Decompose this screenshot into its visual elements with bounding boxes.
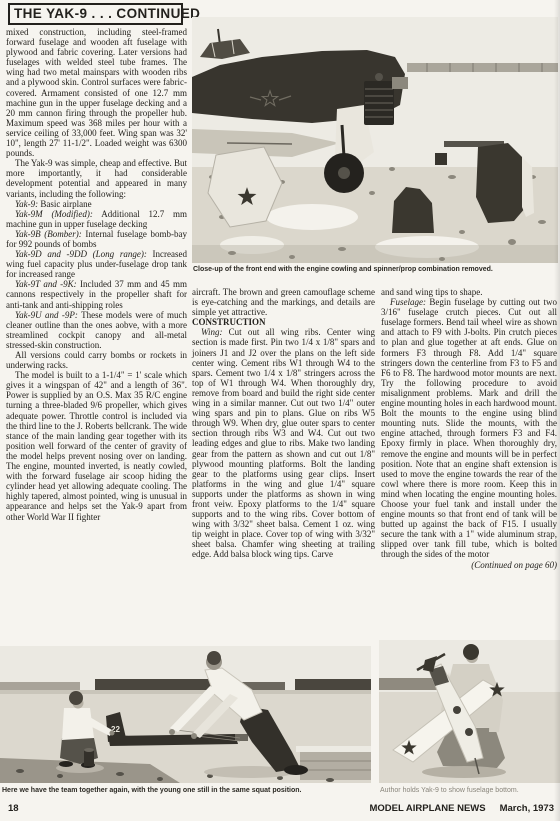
- paragraph: aircraft. The brown and green camouflage…: [192, 287, 375, 317]
- bottom-left-caption: Here we have the team together again, wi…: [2, 787, 372, 796]
- child-head: [69, 691, 83, 705]
- magazine-page: THE YAK-9 . . . CONTINUED mixed construc…: [0, 0, 560, 821]
- variant-item: Yak-9B (Bomber): Internal fuselage bomb-…: [6, 229, 187, 249]
- top-photo-caption: Close-up of the front end with the engin…: [193, 266, 557, 275]
- page-title: THE YAK-9 . . . CONTINUED: [8, 3, 183, 25]
- photo-team-on-field: 22: [0, 646, 371, 783]
- removed-cowling: [476, 143, 526, 223]
- photo-author-with-plane: [379, 640, 560, 783]
- exhaust-pipe: [407, 63, 558, 72]
- middle-column: aircraft. The brown and green camouflage…: [192, 287, 375, 560]
- paragraph: and sand wing tips to shape.: [381, 287, 557, 297]
- paragraph: The model is built to a 1-1/4" = 1' scal…: [6, 370, 187, 521]
- variant-item: Yak-9D and -9DD (Long range): Increased …: [6, 249, 187, 279]
- variant-item: Yak-9U and -9P: These models were of muc…: [6, 310, 187, 350]
- magazine-footer: MODEL AIRPLANE NEWSMarch, 1973: [369, 803, 554, 814]
- treeline: [95, 679, 215, 691]
- variant-item: Yak-9: Basic airplane: [6, 199, 187, 209]
- bottom-right-caption: Author holds Yak-9 to show fuselage bott…: [380, 787, 560, 796]
- fuel-can: [84, 748, 94, 766]
- paragraph: All versions could carry bombs or rocket…: [6, 350, 187, 370]
- variant-item: Yak-9M (Modified): Additional 12.7 mm ma…: [6, 209, 187, 229]
- paragraph: Wing: Cut out all wing ribs. Center wing…: [192, 327, 375, 559]
- shadow: [422, 766, 506, 778]
- page-footer: 18 MODEL AIRPLANE NEWSMarch, 1973: [0, 803, 560, 817]
- section-heading: CONSTRUCTION: [192, 317, 375, 327]
- author-head: [463, 644, 479, 660]
- variant-item: Yak-9T and -9K: Included 37 mm and 45 mm…: [6, 279, 187, 309]
- man-head: [207, 651, 221, 665]
- right-column: and sand wing tips to shape. Fuselage: B…: [381, 287, 557, 570]
- paragraph: mixed construction, including steel-fram…: [6, 27, 187, 158]
- paragraph: Fuselage: Begin fuselage by cutting out …: [381, 297, 557, 559]
- page-number: 18: [8, 803, 19, 814]
- carburetor: [392, 77, 408, 89]
- left-column: mixed construction, including steel-fram…: [6, 27, 187, 522]
- stone-blocks: [300, 752, 371, 780]
- glow-plug: [375, 73, 383, 81]
- scan-edge: [554, 0, 560, 821]
- photo-engine-closeup: [192, 17, 558, 263]
- gear-strut: [342, 125, 344, 157]
- paragraph: The Yak-9 was simple, cheap and effectiv…: [6, 158, 187, 198]
- continued-notice: (Continued on page 60): [381, 560, 557, 570]
